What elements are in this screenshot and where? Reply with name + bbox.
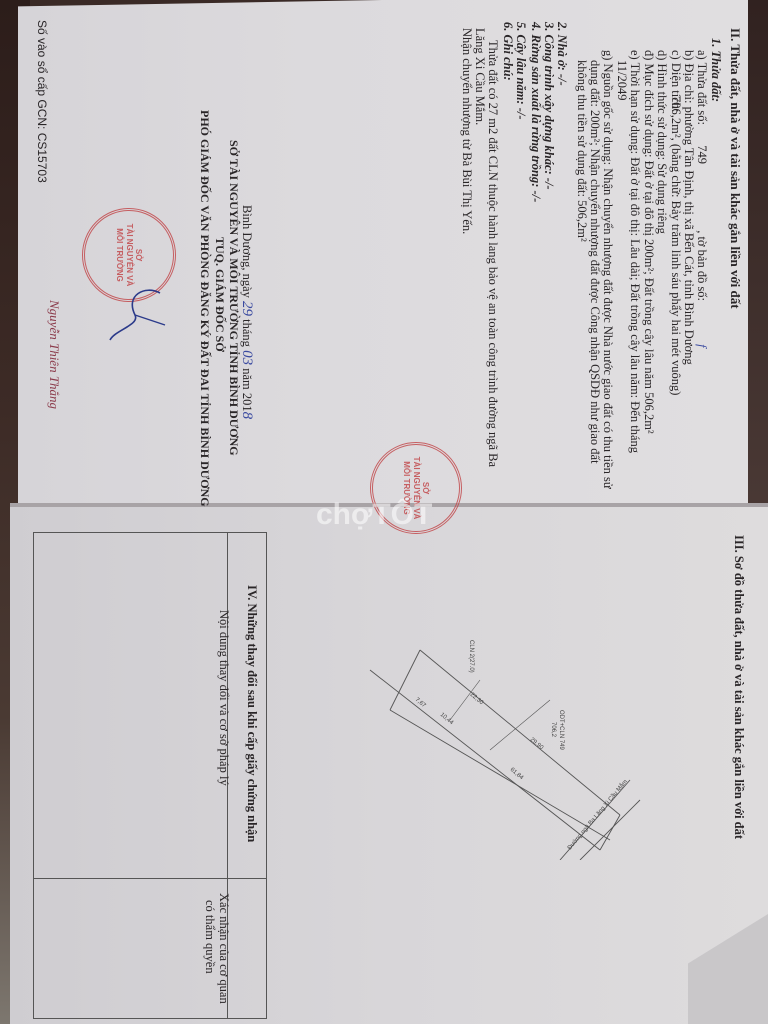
origin-line-2: dụng đất: 200m²; Nhận chuyển nhượng đất …	[589, 60, 602, 464]
parcel-diagram: 22,30 29,90 61,84 10,44 7,67 ODT+CLN 749…	[330, 600, 650, 860]
approval-column-header-1: Xác nhận của cơ quan	[218, 893, 231, 1004]
svg-text:706,2: 706,2	[550, 722, 556, 738]
address-line: b) Địa chỉ: phường Tân Định, thị xã Bến …	[683, 50, 696, 365]
watermark: chợTỐT	[316, 498, 432, 532]
section-iii-title: III. Sơ đồ thửa đất, nhà ở và tài sản kh…	[733, 535, 746, 839]
month-label: tháng	[240, 319, 254, 347]
svg-text:61,84: 61,84	[509, 767, 525, 782]
date-month: 03	[239, 350, 255, 365]
svg-text:ODT+CLN 749: ODT+CLN 749	[558, 710, 564, 751]
changes-table	[33, 532, 267, 1019]
usage-form: d) Hình thức sử dụng: Sử dụng riêng	[656, 50, 669, 234]
item-perennial: 5. Cây lâu năm: -/-	[515, 22, 528, 120]
item-forest: 4. Rừng sản xuất là rừng trồng: -/-	[530, 22, 543, 202]
section-ii-sub1: 1. Thửa đất:	[710, 38, 723, 102]
usage-term-end: 11/2049	[616, 60, 629, 101]
signature-scribble	[105, 285, 175, 345]
svg-text:10,44: 10,44	[439, 712, 455, 727]
section-iv-title: IV. Những thay đổi sau khi cấp giấy chứn…	[246, 585, 259, 842]
date-day: 29	[239, 301, 255, 316]
agency-name: SỞ TÀI NGUYÊN VÀ MÔI TRƯỜNG TỈNH BÌNH DƯ…	[228, 140, 240, 456]
area-value: 706,2m², (bằng chữ: Bảy trăm linh sáu ph…	[670, 96, 683, 395]
tuq-title: TUQ. GIÁM ĐỐC SỞ	[214, 237, 226, 352]
signer-name: Nguyễn Thiên Thắng	[46, 300, 62, 409]
svg-text:7,67: 7,67	[414, 697, 427, 710]
svg-text:29,90: 29,90	[529, 737, 545, 752]
usage-purpose: đ) Mục đích sử dụng: Đất ở tại đô thị 20…	[643, 50, 656, 434]
changes-column-header: Nội dung thay đổi và cơ sở pháp lý	[218, 610, 231, 786]
note-line-2: Lăng Xi Cầu Mắm.	[474, 28, 487, 125]
item-notes: 6. Ghi chú:	[502, 22, 515, 81]
registry-number: Số vào sổ cấp GCN: CS15703	[36, 20, 48, 183]
deputy-title: PHÓ GIÁM ĐỐC VĂN PHÒNG ĐĂNG KÝ ĐẤT ĐAI T…	[199, 110, 211, 507]
note-line-3: Nhận chuyển nhượng từ Bà Bùi Thị Yến.	[461, 28, 474, 234]
year-label: năm 201	[240, 368, 254, 411]
stamp-text-1: SỞ	[134, 224, 143, 287]
place-date-prefix: Bình Dương, ngày	[240, 205, 254, 298]
changes-table-content-area	[34, 533, 266, 879]
section-ii-title: II. Thửa đất, nhà ở và tài sản khác gắn …	[729, 28, 742, 309]
origin-line-1: g) Nguồn gốc sử dụng: Nhận chuyển nhượng…	[602, 50, 615, 489]
parcel-number: 749	[695, 145, 709, 164]
item-other-construction: 3. Công trình xây dựng khác: -/-	[543, 22, 556, 190]
svg-text:22,30: 22,30	[469, 692, 485, 707]
note-line-1: Thửa đất có 27 m2 đất CLN thuộc hành lan…	[487, 40, 500, 467]
stamp-text-2: TÀI NGUYÊN VÀ	[124, 224, 133, 287]
map-sheet-label: , tờ bản đồ số:	[695, 230, 709, 301]
approval-column-header-2: có thẩm quyền	[204, 900, 217, 974]
stamp-text-3: MÔI TRƯỜNG	[115, 224, 124, 287]
usage-term: e) Thời hạn sử dụng: Đất ở tại đô thị: L…	[629, 50, 642, 453]
parcel-number-label: a) Thửa đất số: 749 , tờ bản đồ số: f	[696, 50, 709, 348]
item-house: 2. Nhà ở: -/-	[556, 22, 569, 86]
parcel-label: a) Thửa đất số:	[695, 50, 709, 125]
year-digit: 8	[239, 412, 255, 420]
place-date: Bình Dương, ngày 29 tháng 03 năm 2018	[239, 205, 254, 419]
origin-line-3: không thu tiền sử dụng đất: 506,2m²	[576, 60, 589, 242]
svg-text:CLN 2(27.0): CLN 2(27.0)	[468, 640, 474, 673]
